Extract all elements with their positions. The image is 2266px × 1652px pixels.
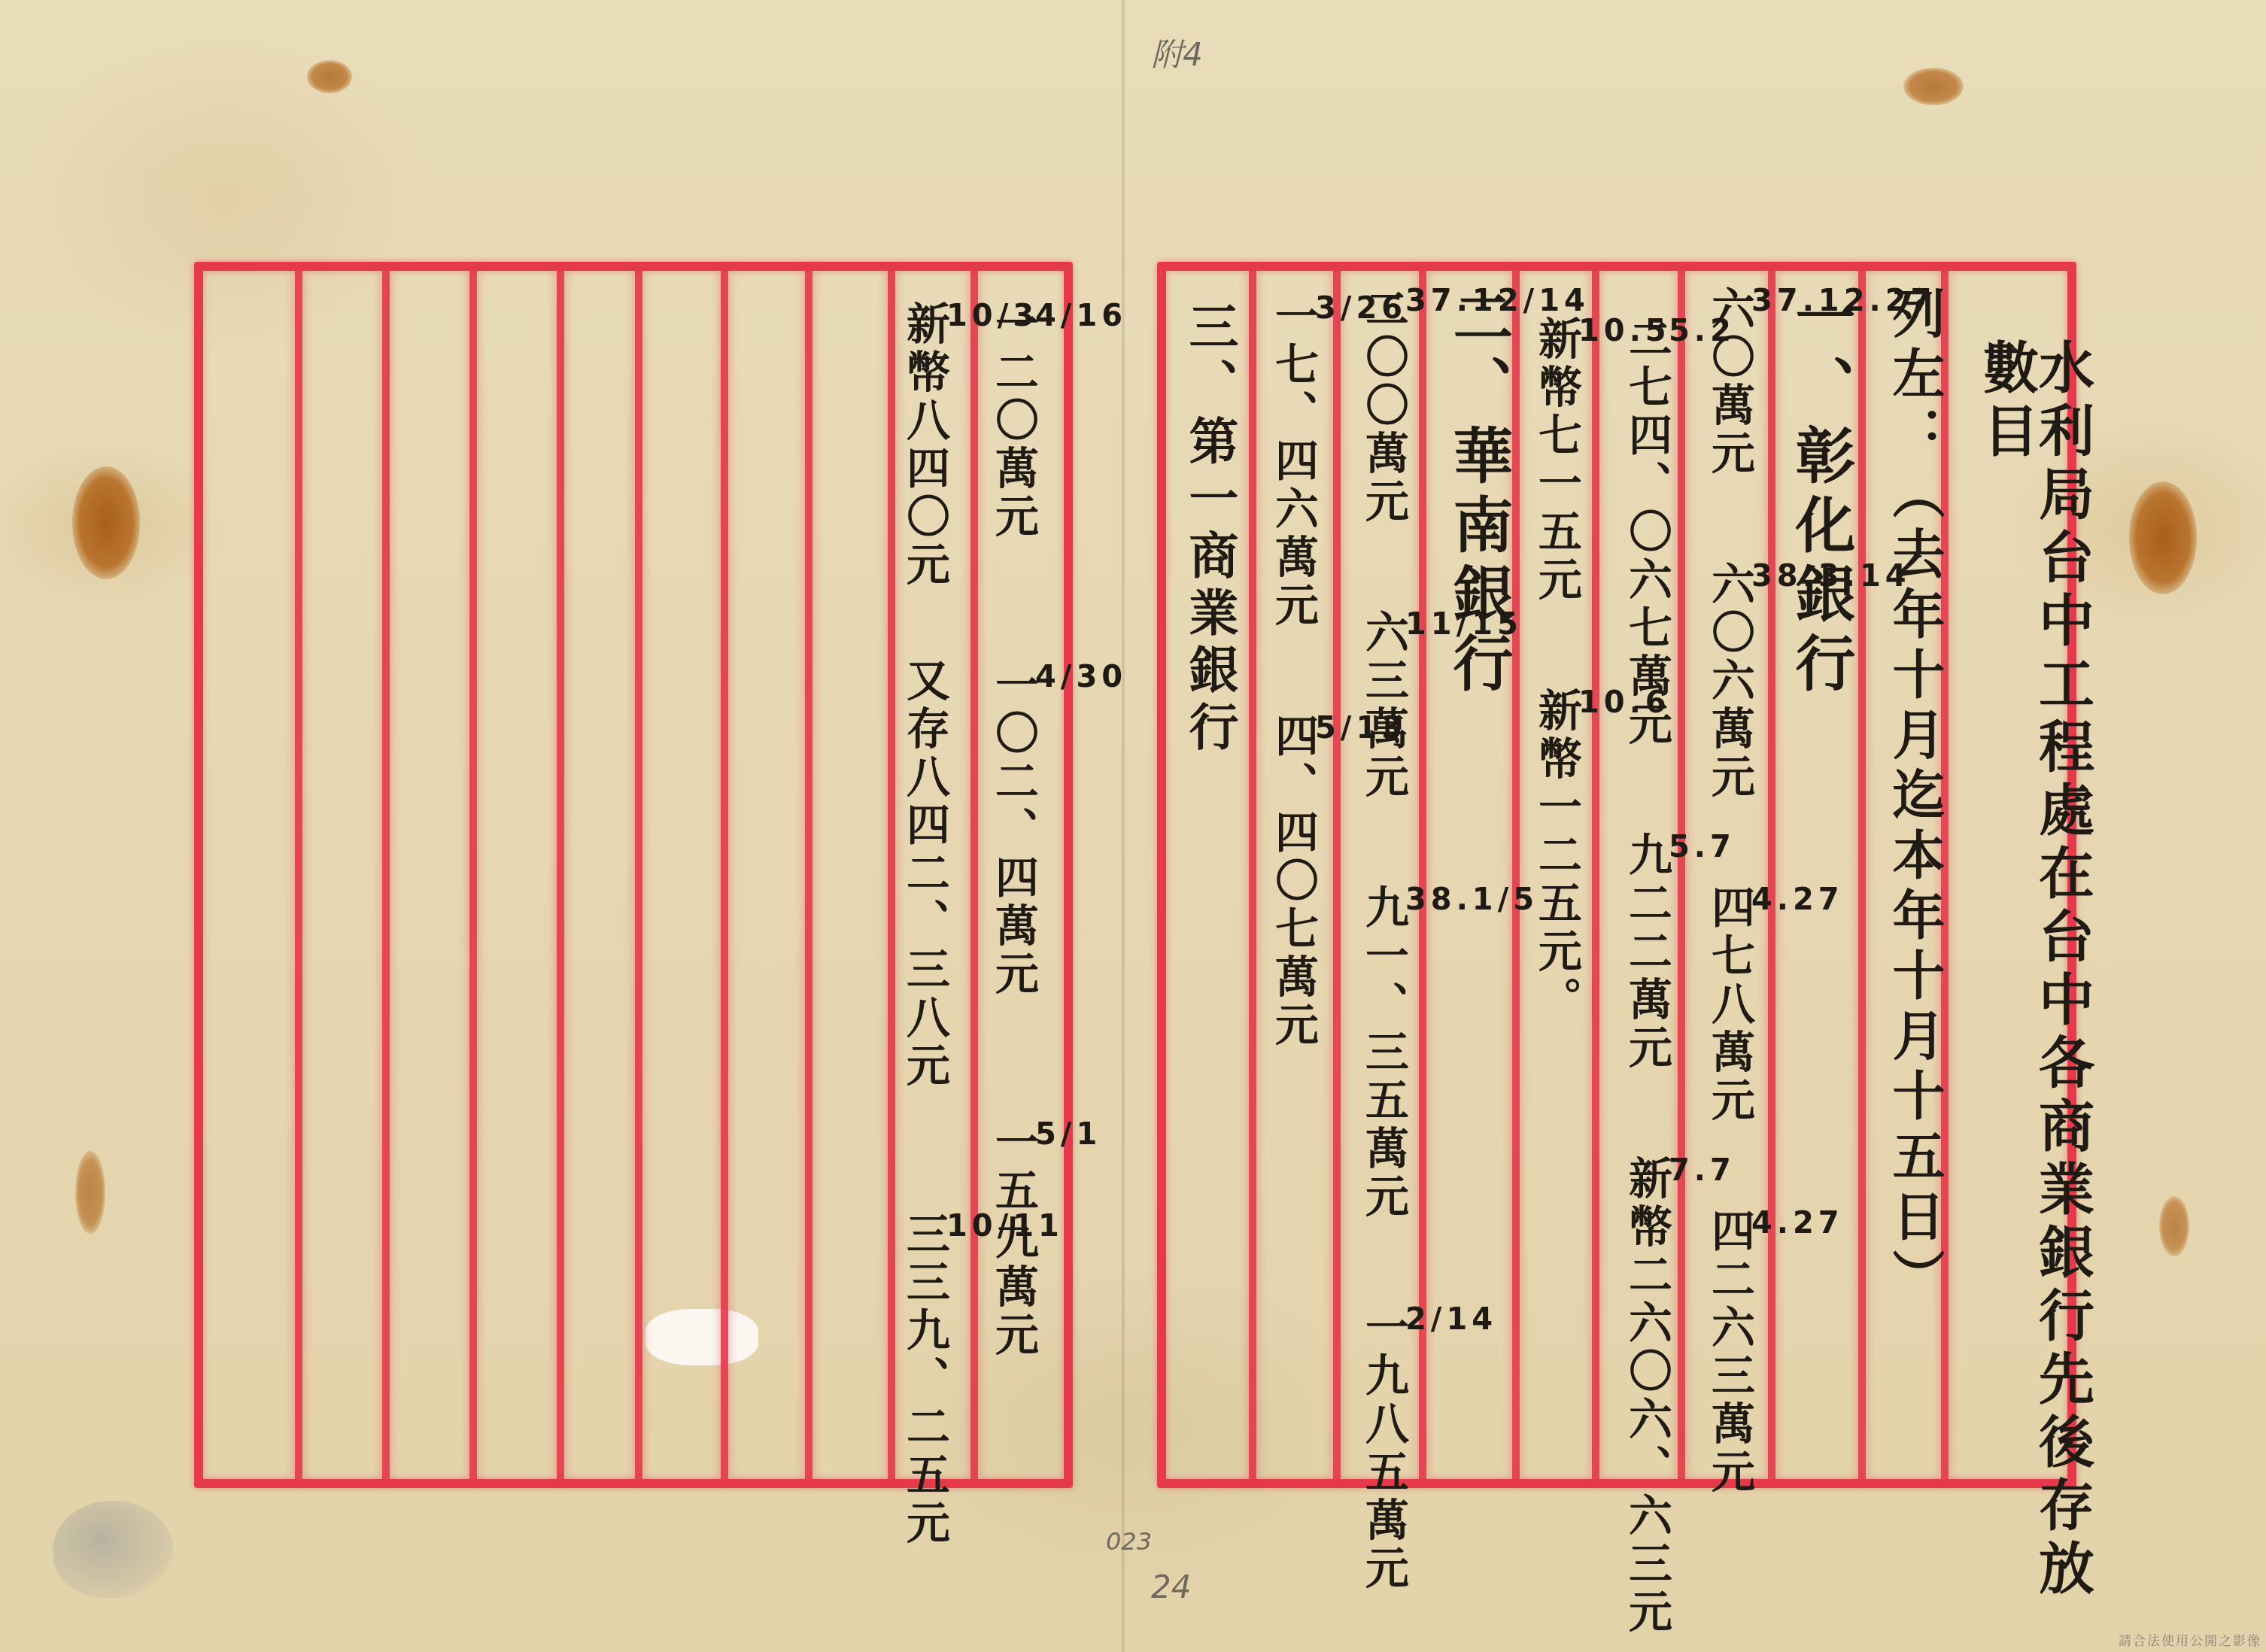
deposit-entry: 5/13四、四〇七萬元 <box>1271 713 1407 1050</box>
rust-stain-top-left <box>307 60 352 93</box>
rule-line <box>382 271 390 1479</box>
rule-line <box>1249 271 1256 1479</box>
deposit-entry: 又存八四二、三八元 <box>903 657 946 1091</box>
deposit-entry: 2/14一九八五萬元 <box>1362 1304 1497 1593</box>
first-commercial-entries-col-2: 10/3新幣八四〇元 又存八四二、三八元 10/11三三九、二五元 <box>903 301 1064 1548</box>
deposit-entry: 38.3.14六〇六萬元 <box>1708 561 1911 802</box>
rule-line <box>805 271 813 1479</box>
bank-heading-first-commercial: 三、第一商業銀行 <box>1185 301 1235 758</box>
huanan-entries-col-2: 3/26一七、四六萬元 5/13四、四〇七萬元 <box>1271 293 1407 1050</box>
changhua-entries-col-1: 37.12.27六〇萬元 38.3.14六〇六萬元 4.27四七八萬元 4.27… <box>1708 286 1936 1497</box>
rust-stain-top-right <box>1903 68 1964 105</box>
document-title: 水利局台中工程處在台中各商業銀行先後存放數目 <box>1979 339 2090 1652</box>
usage-watermark: 請合法使用公開之影像 <box>2119 1630 2261 1649</box>
page-annotation-top: 附4 <box>1151 30 1203 75</box>
deposit-entry: 10/11三三九、二五元 <box>903 1211 1064 1548</box>
rule-line <box>469 271 477 1479</box>
page-annotation-bottom-2: 24 <box>1151 1568 1191 1605</box>
document-scan: 附4 023 24 水利局台中工程處在台中各商業銀行先後存放數目 列左：（去年十… <box>0 0 2266 1652</box>
rule-line <box>557 271 564 1479</box>
deposit-entry: 3/26一七、四六萬元 <box>1271 293 1407 630</box>
deposit-entry: 7.7新幣二六〇六、六三元 <box>1625 1155 1736 1637</box>
rule-line <box>635 271 642 1479</box>
rust-stain-lower-left <box>75 1151 105 1234</box>
rust-stain-left <box>72 466 140 579</box>
deposit-entry: 37.12.27六〇萬元 <box>1708 286 1936 478</box>
rule-line <box>721 271 728 1479</box>
rust-stain-right <box>2129 481 2197 594</box>
rule-line <box>295 271 302 1479</box>
page-annotation-bottom-1: 023 <box>1106 1527 1152 1556</box>
deposit-entry: 10/3新幣八四〇元 <box>903 301 1038 590</box>
archive-logo-icon <box>53 1501 173 1599</box>
rule-line <box>888 271 895 1479</box>
rust-stain-lower-right <box>2159 1196 2189 1256</box>
